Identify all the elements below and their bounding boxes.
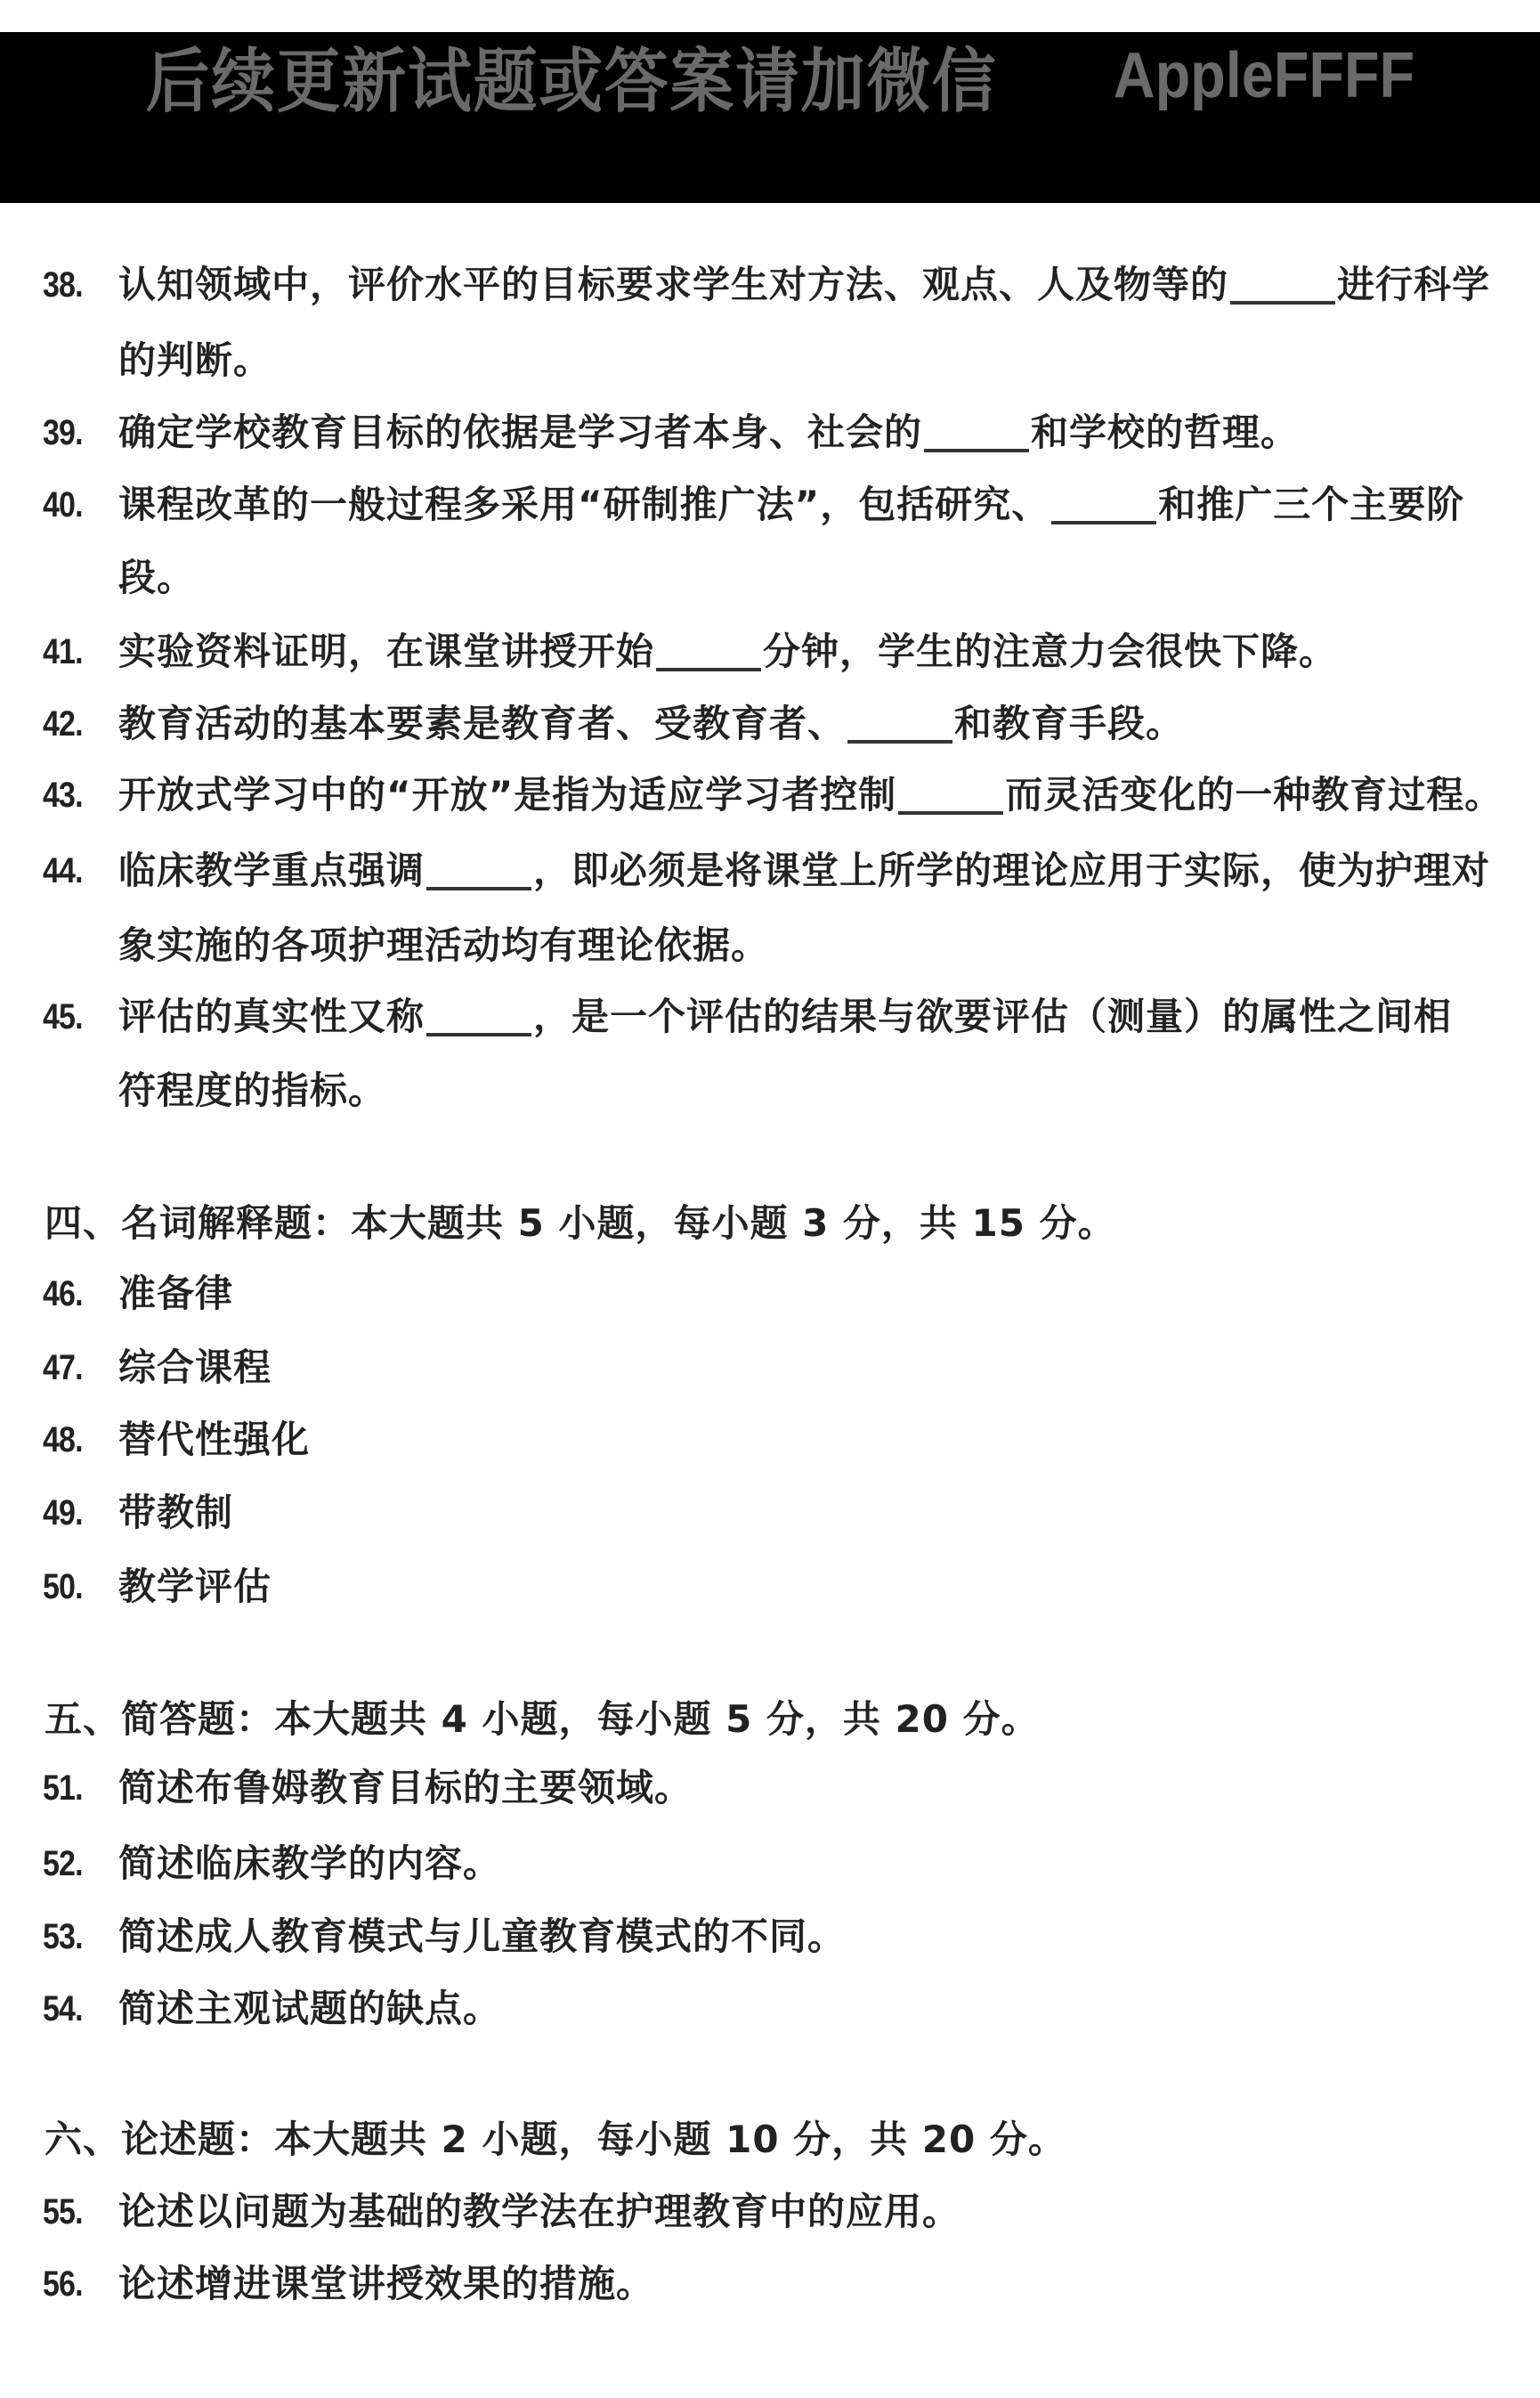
section-5-heading: 五、简答题：本大题共 4 小题，每小题 5 分，共 20 分。	[0, 1693, 1540, 1746]
question-number: 45.	[43, 990, 103, 1044]
question-number: 49.	[43, 1486, 103, 1540]
text-after-blank: 分钟，学生的注意力会很快下降。	[763, 630, 1337, 673]
question-54: 54. 简述主观试题的缺点。	[0, 1982, 1540, 2036]
question-number: 42.	[43, 697, 103, 751]
question-text: 评估的真实性又称，是一个评估的结果与欲要评估（测量）的属性之间相	[118, 990, 1452, 1044]
question-text: 教育活动的基本要素是教育者、受教育者、和教育手段。	[118, 697, 1184, 751]
text-before-blank: 认知领域中，评价水平的目标要求学生对方法、观点、人及物等的	[118, 263, 1228, 306]
question-number: 54.	[43, 1982, 103, 2036]
question-44-continuation: 象实施的各项护理活动均有理论依据。	[0, 919, 1540, 972]
question-number: 40.	[43, 478, 103, 532]
text-before-blank: 评估的真实性又称	[118, 995, 425, 1038]
question-46: 46. 准备律	[0, 1267, 1540, 1321]
section-6-heading: 六、论述题：本大题共 2 小题，每小题 10 分，共 20 分。	[0, 2113, 1540, 2166]
text-after-blank: 和学校的哲理。	[1031, 411, 1299, 454]
question-43: 43. 开放式学习中的“开放”是指为适应学习者控制而灵活变化的一种教育过程。	[0, 768, 1540, 822]
continuation-text: 象实施的各项护理活动均有理论依据。	[118, 919, 769, 972]
question-number: 56.	[43, 2257, 103, 2311]
question-text: 实验资料证明，在课堂讲授开始分钟，学生的注意力会很快下降。	[118, 625, 1337, 679]
text-before-blank: 教育活动的基本要素是教育者、受教育者、	[118, 702, 846, 745]
term-text: 带教制	[118, 1486, 233, 1540]
text-after-blank: 而灵活变化的一种教育过程。	[1005, 773, 1503, 817]
text-after-blank: 和教育手段。	[954, 702, 1184, 745]
question-text: 确定学校教育目标的依据是学习者本身、社会的和学校的哲理。	[118, 406, 1299, 459]
question-number: 43.	[43, 768, 103, 822]
text-after-blank: ，即必须是将课堂上所学的理论应用于实际，使为护理对	[533, 849, 1490, 892]
continuation-text: 符程度的指标。	[118, 1064, 386, 1118]
text-before-blank: 确定学校教育目标的依据是学习者本身、社会的	[118, 411, 922, 454]
question-text: 简述临床教学的内容。	[118, 1837, 501, 1890]
question-number: 48.	[43, 1413, 103, 1467]
answer-blank	[898, 811, 1003, 815]
question-38-continuation: 的判断。	[0, 334, 1540, 387]
watermark-chinese: 后续更新试题或答案请加微信	[146, 26, 998, 126]
text-before-blank: 开放式学习中的“开放”是指为适应学习者控制	[118, 773, 896, 817]
answer-blank	[847, 740, 952, 744]
question-42: 42. 教育活动的基本要素是教育者、受教育者、和教育手段。	[0, 697, 1540, 751]
question-text: 简述主观试题的缺点。	[118, 1982, 501, 2036]
answer-blank	[656, 668, 761, 671]
question-text: 临床教学重点强调，即必须是将课堂上所学的理论应用于实际，使为护理对	[118, 844, 1490, 898]
question-56: 56. 论述增进课堂讲授效果的措施。	[0, 2257, 1540, 2311]
answer-blank	[1230, 301, 1335, 305]
question-number: 44.	[43, 844, 103, 898]
section-heading: 五、简答题：本大题共 4 小题，每小题 5 分，共 20 分。	[45, 1693, 1040, 1746]
question-47: 47. 综合课程	[0, 1341, 1540, 1394]
section-4-heading: 四、名词解释题：本大题共 5 小题，每小题 3 分，共 15 分。	[0, 1197, 1540, 1250]
question-40-continuation: 段。	[0, 551, 1540, 605]
question-number: 41.	[43, 625, 103, 679]
term-text: 替代性强化	[118, 1413, 310, 1467]
question-number: 53.	[43, 1910, 103, 1963]
question-number: 47.	[43, 1341, 103, 1394]
question-55: 55. 论述以问题为基础的教学法在护理教育中的应用。	[0, 2185, 1540, 2239]
question-text: 简述成人教育模式与儿童教育模式的不同。	[118, 1910, 846, 1963]
question-text: 认知领域中，评价水平的目标要求学生对方法、观点、人及物等的进行科学	[118, 258, 1490, 312]
question-number: 55.	[43, 2185, 103, 2239]
text-after-blank: 和推广三个主要阶	[1158, 483, 1464, 526]
answer-blank	[426, 887, 531, 890]
question-number: 39.	[43, 406, 103, 459]
term-text: 综合课程	[118, 1341, 272, 1394]
question-38: 38. 认知领域中，评价水平的目标要求学生对方法、观点、人及物等的进行科学	[0, 258, 1540, 312]
watermark-text: 后续更新试题或答案请加微信 AppleFFFF	[0, 36, 1540, 116]
section-heading: 四、名词解释题：本大题共 5 小题，每小题 3 分，共 15 分。	[45, 1197, 1116, 1250]
answer-blank	[1051, 521, 1156, 524]
question-40: 40. 课程改革的一般过程多采用“研制推广法”，包括研究、和推广三个主要阶	[0, 478, 1540, 532]
continuation-text: 的判断。	[118, 334, 272, 387]
question-text: 课程改革的一般过程多采用“研制推广法”，包括研究、和推广三个主要阶	[118, 478, 1464, 532]
section-heading: 六、论述题：本大题共 2 小题，每小题 10 分，共 20 分。	[45, 2113, 1066, 2166]
question-text: 论述增进课堂讲授效果的措施。	[118, 2257, 654, 2311]
text-before-blank: 课程改革的一般过程多采用“研制推广法”，包括研究、	[118, 483, 1050, 526]
question-53: 53. 简述成人教育模式与儿童教育模式的不同。	[0, 1910, 1540, 1963]
watermark-wechat-id: AppleFFFF	[1114, 39, 1414, 112]
text-after-blank: ，是一个评估的结果与欲要评估（测量）的属性之间相	[533, 995, 1452, 1038]
question-45-continuation: 符程度的指标。	[0, 1064, 1540, 1118]
answer-blank	[924, 449, 1029, 452]
term-text: 准备律	[118, 1267, 233, 1321]
continuation-text: 段。	[118, 551, 195, 605]
question-number: 52.	[43, 1837, 103, 1890]
answer-blank	[426, 1033, 531, 1036]
question-50: 50. 教学评估	[0, 1560, 1540, 1614]
question-48: 48. 替代性强化	[0, 1413, 1540, 1467]
term-text: 教学评估	[118, 1560, 272, 1614]
question-49: 49. 带教制	[0, 1486, 1540, 1540]
question-44: 44. 临床教学重点强调，即必须是将课堂上所学的理论应用于实际，使为护理对	[0, 844, 1540, 898]
text-after-blank: 进行科学	[1337, 263, 1490, 306]
question-text: 开放式学习中的“开放”是指为适应学习者控制而灵活变化的一种教育过程。	[118, 768, 1503, 822]
text-before-blank: 实验资料证明，在课堂讲授开始	[118, 630, 654, 673]
question-39: 39. 确定学校教育目标的依据是学习者本身、社会的和学校的哲理。	[0, 406, 1540, 459]
question-52: 52. 简述临床教学的内容。	[0, 1837, 1540, 1890]
question-text: 论述以问题为基础的教学法在护理教育中的应用。	[118, 2185, 960, 2239]
question-number: 50.	[43, 1560, 103, 1614]
question-number: 38.	[43, 258, 103, 312]
question-text: 简述布鲁姆教育目标的主要领域。	[118, 1761, 693, 1815]
question-number: 46.	[43, 1267, 103, 1321]
question-51: 51. 简述布鲁姆教育目标的主要领域。	[0, 1761, 1540, 1815]
question-41: 41. 实验资料证明，在课堂讲授开始分钟，学生的注意力会很快下降。	[0, 625, 1540, 679]
question-number: 51.	[43, 1761, 103, 1815]
question-45: 45. 评估的真实性又称，是一个评估的结果与欲要评估（测量）的属性之间相	[0, 990, 1540, 1044]
text-before-blank: 临床教学重点强调	[118, 849, 425, 892]
